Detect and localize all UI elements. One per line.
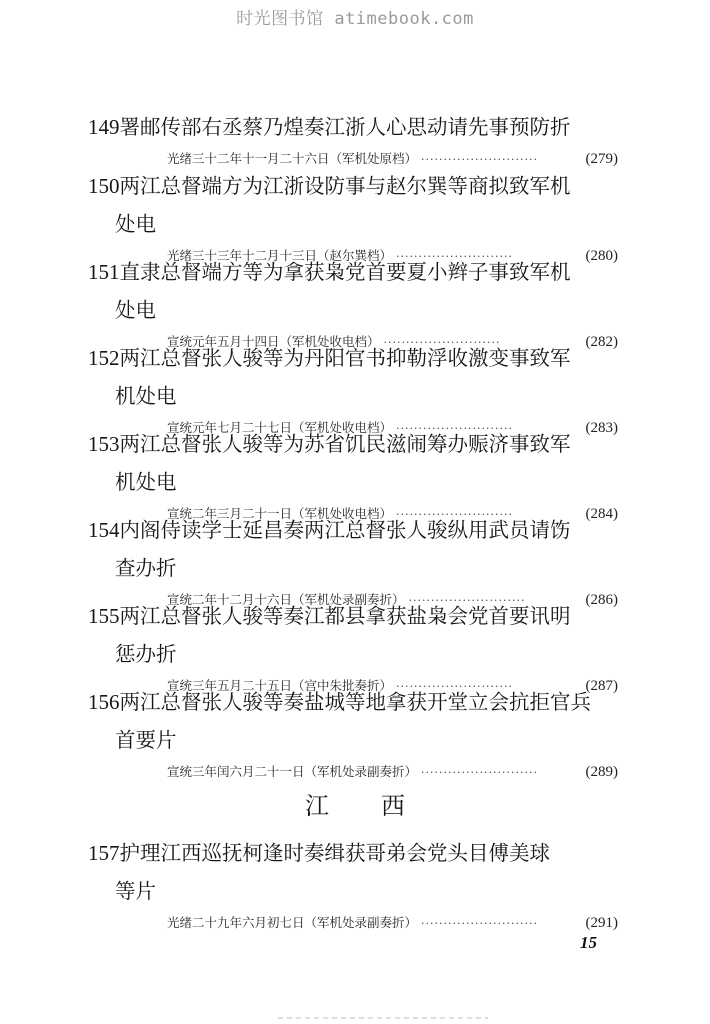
entry-date: 宣统三年闰六月二十一日 — [167, 759, 305, 785]
entry-source: （军机处录副奏折） — [305, 759, 418, 785]
entry-number: 149 — [88, 115, 120, 139]
entry-title: 154内阁侍读学士延昌奏两江总督张人骏纵用武员请饬 — [88, 511, 618, 549]
scan-artifact-line — [278, 1017, 488, 1019]
section-heading-char: 江 — [305, 786, 329, 821]
entry-source: （军机处录副奏折） — [305, 910, 418, 936]
entry-number: 155 — [88, 604, 120, 628]
entry-title-text: 两江总督端方为江浙设防事与赵尔巽等商拟致军机 — [120, 174, 571, 198]
toc-page: 149署邮传部右丞蔡乃煌奏江浙人心思动请先事预防折 光绪三十二年十一月二十六日 … — [0, 0, 710, 1024]
entry-title: 150两江总督端方为江浙设防事与赵尔巽等商拟致军机 — [88, 167, 618, 205]
entry-meta: 光绪二十九年六月初七日 （军机处录副奏折） ··················… — [167, 910, 618, 937]
entry-title-text: 内阁侍读学士延昌奏两江总督张人骏纵用武员请饬 — [120, 518, 571, 542]
toc-entry-156: 156两江总督张人骏等奏盐城等地拿获开堂立会抗拒官兵 首要片 宣统三年闰六月二十… — [88, 683, 618, 786]
entry-page-ref: (289) — [586, 759, 619, 785]
entry-title-text: 署邮传部右丞蔡乃煌奏江浙人心思动请先事预防折 — [120, 115, 571, 139]
entry-number: 153 — [88, 432, 120, 456]
entry-meta: 宣统三年闰六月二十一日 （军机处录副奏折） ··················… — [167, 759, 618, 786]
section-heading-char: 西 — [381, 786, 405, 821]
toc-entry-149: 149署邮传部右丞蔡乃煌奏江浙人心思动请先事预防折 光绪三十二年十一月二十六日 … — [88, 108, 618, 173]
entry-title: 155两江总督张人骏等奏江都县拿获盐枭会党首要讯明 — [88, 597, 618, 635]
entry-date: 光绪二十九年六月初七日 — [167, 910, 305, 936]
entry-title-continuation: 首要片 — [88, 721, 618, 759]
entry-number: 156 — [88, 690, 120, 714]
dot-leader: ·························· — [421, 911, 581, 937]
entry-title: 152两江总督张人骏等为丹阳官书抑勒浮收激变事致军 — [88, 339, 618, 377]
entry-title-text: 护理江西巡抚柯逢时奏缉获哥弟会党头目傅美球 — [120, 841, 551, 865]
entry-title-continuation: 机处电 — [88, 463, 618, 501]
entry-title: 149署邮传部右丞蔡乃煌奏江浙人心思动请先事预防折 — [88, 108, 618, 146]
entry-title-text: 两江总督张人骏等奏江都县拿获盐枭会党首要讯明 — [120, 604, 571, 628]
entry-number: 152 — [88, 346, 120, 370]
dot-leader: ·························· — [421, 760, 581, 786]
entry-title-continuation: 惩办折 — [88, 635, 618, 673]
entry-number: 150 — [88, 174, 120, 198]
entry-title-continuation: 等片 — [88, 872, 618, 910]
entry-title-continuation: 处电 — [88, 291, 618, 329]
entry-number: 151 — [88, 260, 120, 284]
entry-title: 156两江总督张人骏等奏盐城等地拿获开堂立会抗拒官兵 — [88, 683, 618, 721]
entry-title-text: 直隶总督端方等为拿获枭党首要夏小辫子事致军机 — [120, 260, 571, 284]
entry-title: 151直隶总督端方等为拿获枭党首要夏小辫子事致军机 — [88, 253, 618, 291]
entry-title: 157护理江西巡抚柯逢时奏缉获哥弟会党头目傅美球 — [88, 834, 618, 872]
page-number: 15 — [580, 933, 597, 953]
entry-title-text: 两江总督张人骏等为苏省饥民滋闹筹办赈济事致军 — [120, 432, 571, 456]
entry-title-continuation: 机处电 — [88, 377, 618, 415]
toc-entry-157: 157护理江西巡抚柯逢时奏缉获哥弟会党头目傅美球 等片 光绪二十九年六月初七日 … — [88, 834, 618, 937]
entry-title-continuation: 查办折 — [88, 549, 618, 587]
entry-number: 154 — [88, 518, 120, 542]
entry-title-text: 两江总督张人骏等奏盐城等地拿获开堂立会抗拒官兵 — [120, 690, 592, 714]
section-heading-jiangxi: 江西 — [0, 786, 710, 821]
entry-title-continuation: 处电 — [88, 205, 618, 243]
entry-number: 157 — [88, 841, 120, 865]
entry-title-text: 两江总督张人骏等为丹阳官书抑勒浮收激变事致军 — [120, 346, 571, 370]
entry-title: 153两江总督张人骏等为苏省饥民滋闹筹办赈济事致军 — [88, 425, 618, 463]
